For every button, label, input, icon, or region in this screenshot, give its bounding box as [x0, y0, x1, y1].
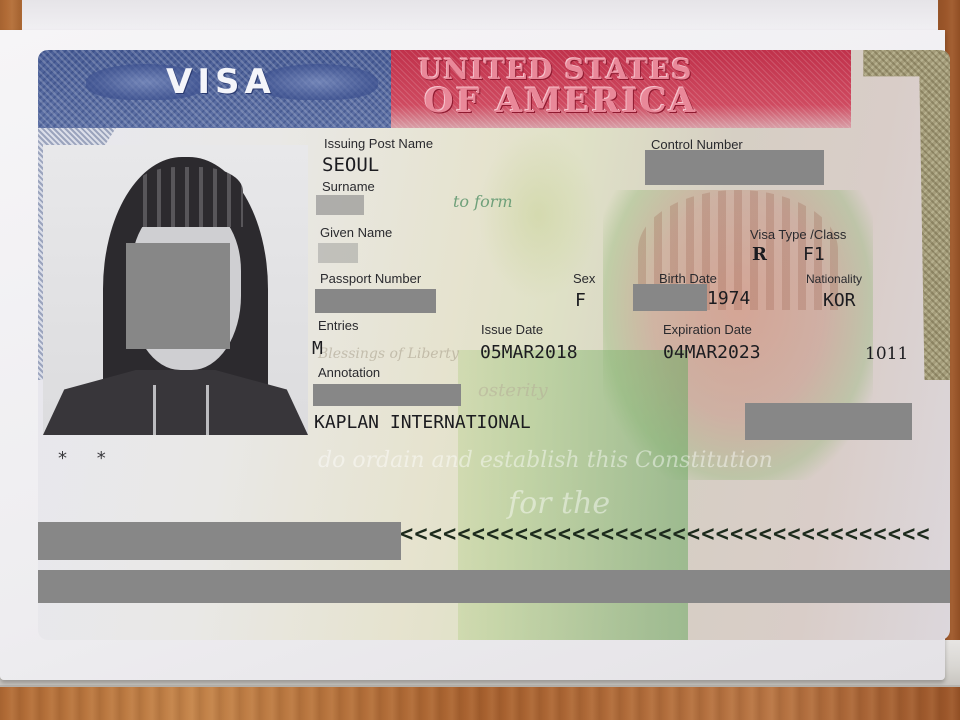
passport-number-label: Passport Number: [320, 271, 421, 286]
issue-date-value: 05MAR2018: [480, 342, 578, 363]
country-name-line2: OF AMERICA: [418, 84, 838, 118]
photo-marks: * *: [58, 448, 118, 469]
annotation-value: KAPLAN INTERNATIONAL: [314, 412, 531, 433]
expiration-date-label: Expiration Date: [663, 322, 752, 337]
expiration-date-value: 04MAR2023: [663, 342, 761, 363]
nationality-label: Nationality: [806, 272, 862, 286]
issuing-post-value: SEOUL: [322, 154, 379, 176]
visa-foil: VISA UNITED STATES OF AMERICA to form Bl…: [38, 50, 950, 640]
issuing-post-label: Issuing Post Name: [324, 136, 433, 151]
watermark-constitution: do ordain and establish this Constitutio…: [318, 448, 773, 473]
serial-suffix: 1011: [865, 344, 908, 364]
mrz-line2-redaction: [38, 570, 950, 603]
control-number-redaction: [645, 150, 824, 185]
photo-bangs: [133, 167, 243, 227]
watermark-posterity: osterity: [478, 380, 548, 401]
annotation-label: Annotation: [318, 365, 380, 380]
given-name-redaction: [318, 243, 358, 263]
passport-number-redaction: [315, 289, 436, 313]
country-name: UNITED STATES OF AMERICA: [418, 56, 838, 118]
entries-value: M: [312, 338, 323, 359]
sex-label: Sex: [573, 271, 595, 286]
visa-class-value: F1: [803, 244, 825, 265]
birth-date-redaction: [633, 284, 707, 311]
given-name-label: Given Name: [320, 225, 392, 240]
watermark-blessings: Blessings of Liberty: [318, 346, 459, 362]
annotation-right-redaction: [745, 403, 912, 440]
mrz-line1-redaction: [38, 522, 401, 560]
visa-title: VISA: [166, 62, 276, 102]
issue-date-label: Issue Date: [481, 322, 543, 337]
country-name-line1: UNITED STATES: [418, 56, 838, 84]
nationality-value: KOR: [823, 290, 856, 311]
holder-photo: [43, 145, 308, 435]
watermark-to-form: to form: [453, 192, 513, 211]
photo-collar: [153, 385, 209, 435]
sex-value: F: [575, 290, 586, 311]
surname-label: Surname: [322, 179, 375, 194]
surname-redaction: [316, 195, 364, 215]
eagle-wing-right-icon: [258, 64, 378, 100]
visa-type-class-label: Visa Type /Class: [750, 227, 846, 242]
birth-year-value: 1974: [707, 288, 750, 309]
entries-label: Entries: [318, 318, 358, 333]
visa-type-value: R: [752, 244, 767, 265]
face-redaction: [126, 243, 230, 349]
annotation-line1-redaction: [313, 384, 461, 406]
watermark-for-the: for the: [508, 486, 610, 521]
visa-banner: VISA: [38, 50, 393, 128]
mrz-line1: <<<<<<<<<<<<<<<<<<<<<<<<<<<<<<<<<<<<<: [400, 522, 931, 547]
